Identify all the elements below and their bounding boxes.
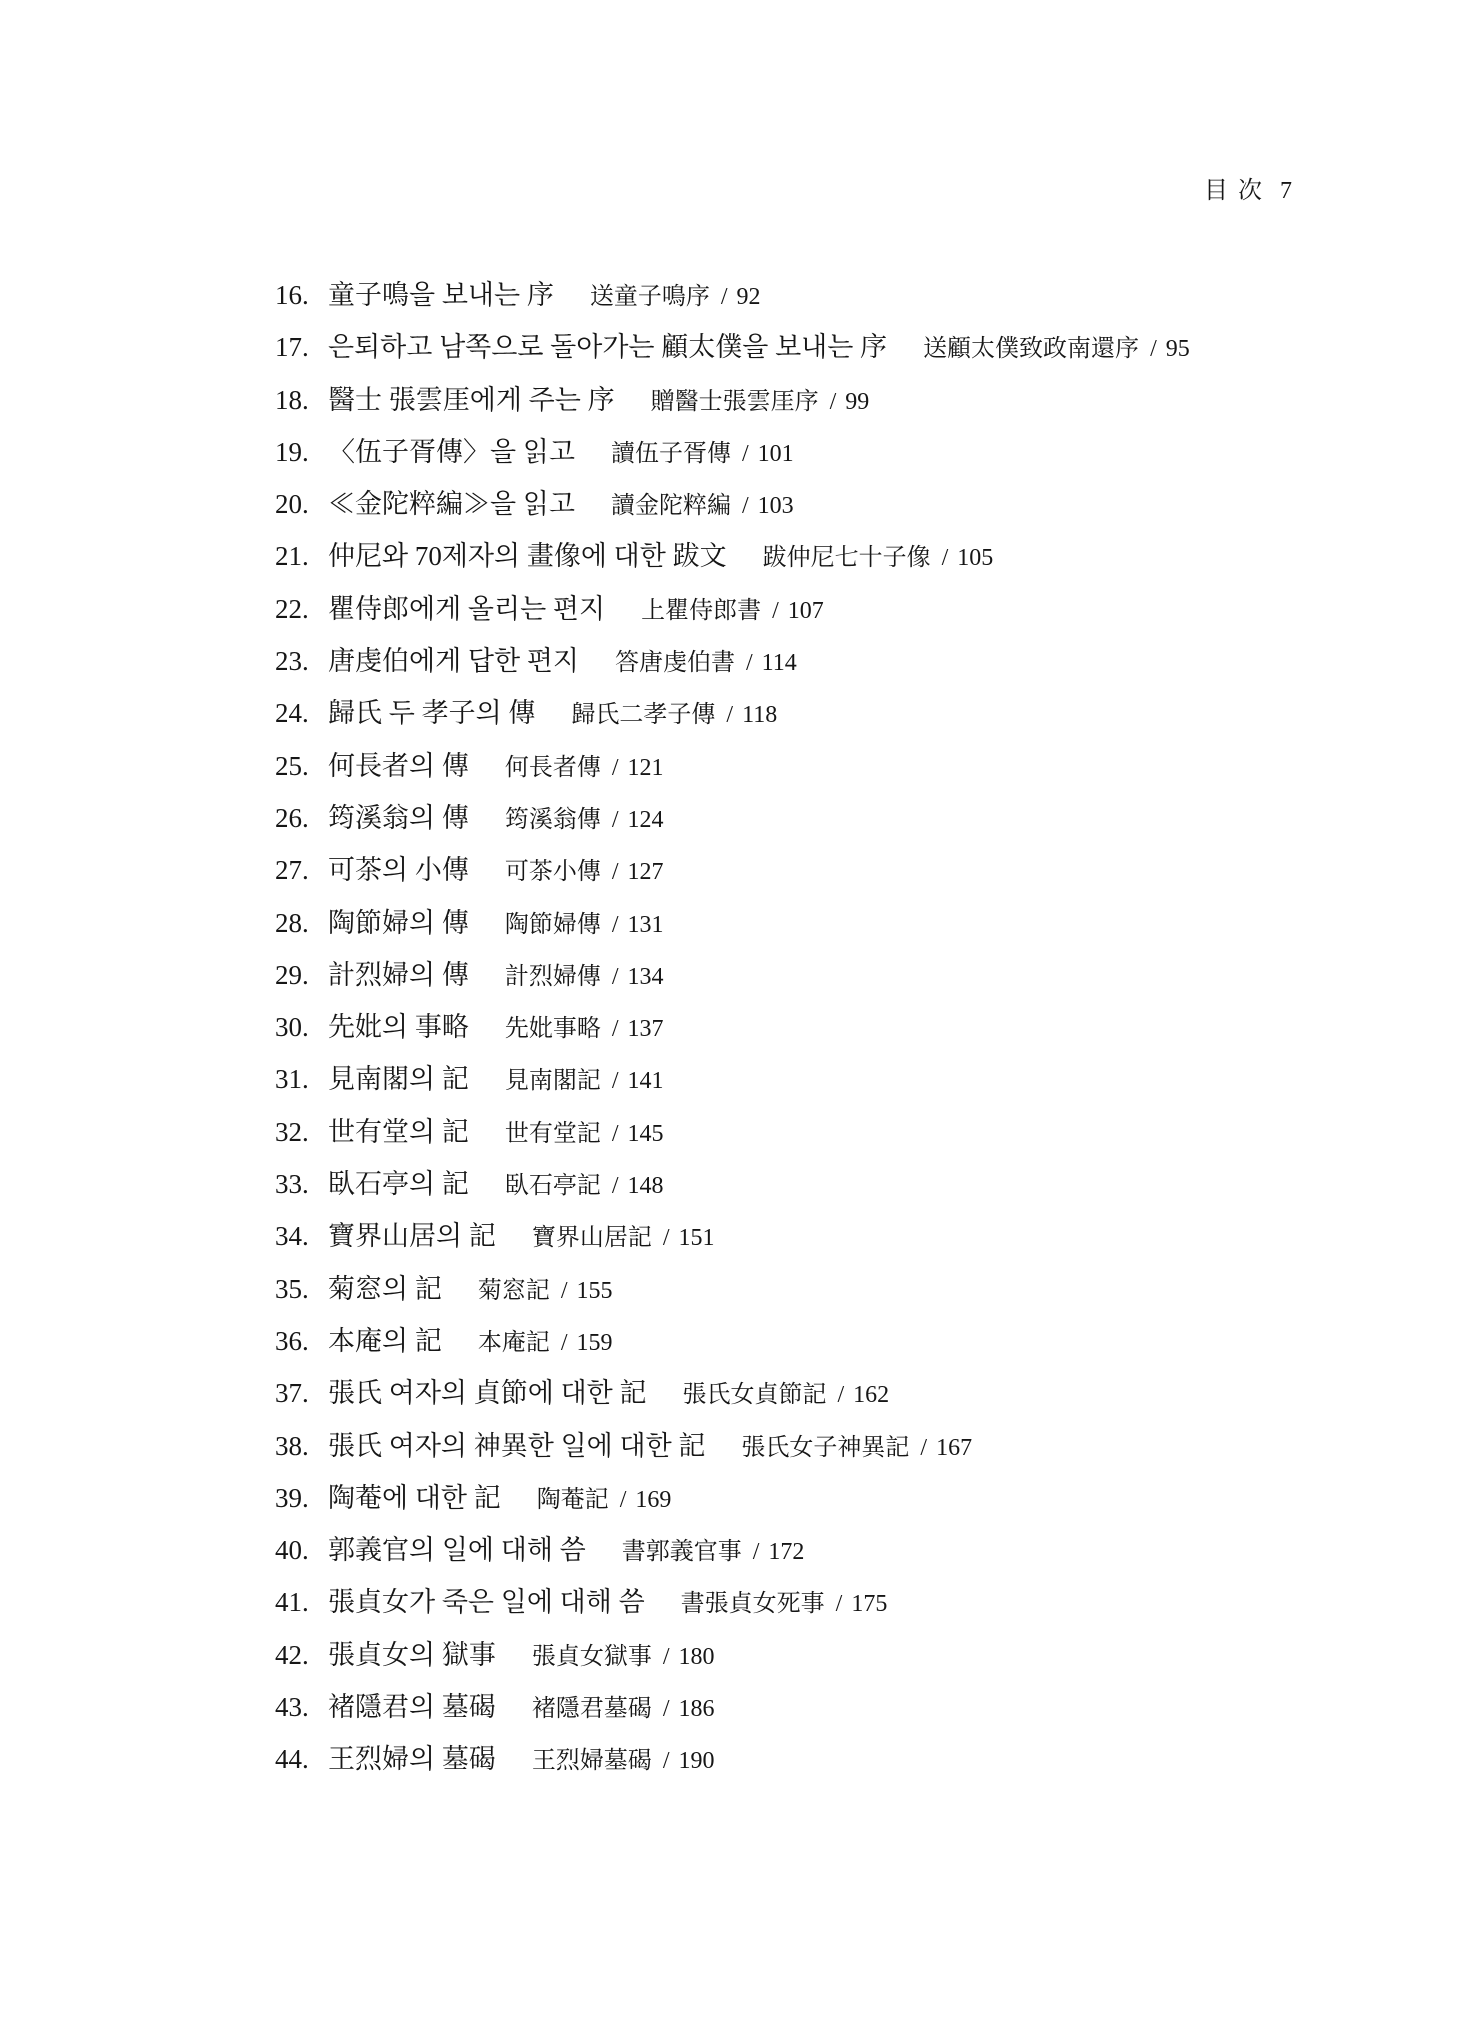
toc-item: 29.計烈婦의 傳計烈婦傳/134 [275,949,1390,1001]
toc-item-title-hanja: 王烈婦墓碣 [532,1748,652,1774]
toc-item-page-number: 180 [679,1644,715,1670]
page-header: 目 次7 [1204,176,1292,206]
toc-item-page-number: 103 [758,493,794,519]
toc-item: 33.臥石亭의 記臥石亭記/148 [275,1158,1390,1210]
toc-item-page-number: 92 [737,284,761,310]
toc-item-title-hanja: 歸氏二孝子傳 [571,702,715,728]
toc-item-number: 20. [275,478,328,530]
toc-item-number: 26. [275,792,328,844]
toc-item-title-korean: 臥石亭의 記 [328,1169,469,1199]
toc-item: 25.何長者의 傳何長者傳/121 [275,740,1390,792]
toc-item-page-number: 175 [851,1591,887,1617]
toc-item-separator: / [612,964,619,990]
toc-item-page-number: 190 [679,1748,715,1774]
toc-item-title-hanja: 張貞女獄事 [532,1644,652,1670]
toc-item: 38.張氏 여자의 神異한 일에 대한 記張氏女子神異記/167 [275,1420,1390,1472]
toc-item: 21.仲尼와 70제자의 畫像에 대한 跋文跋仲尼七十子像/105 [275,530,1390,582]
toc-item-title-korean: 張氏 여자의 貞節에 대한 記 [328,1378,647,1408]
toc-item-title-hanja: 計烈婦傳 [505,964,601,990]
toc-item-title-korean: 褚隱君의 墓碣 [328,1692,496,1722]
toc-item-title-korean: 先妣의 事略 [328,1012,469,1042]
toc-item-separator: / [612,1173,619,1199]
toc-item-title-korean: 歸氏 두 孝子의 傳 [328,698,535,728]
toc-item: 41.張貞女가 죽은 일에 대해 씀書張貞女死事/175 [275,1576,1390,1628]
toc-item-separator: / [746,650,753,676]
toc-item-separator: / [753,1539,760,1565]
toc-item-separator: / [612,859,619,885]
toc-item-number: 16. [275,269,328,321]
toc-item: 32.世有堂의 記世有堂記/145 [275,1106,1390,1158]
toc-item: 27.可茶의 小傳可茶小傳/127 [275,844,1390,896]
toc-item-title-korean: 張貞女의 獄事 [328,1640,496,1670]
toc-item: 24.歸氏 두 孝子의 傳歸氏二孝子傳/118 [275,687,1390,739]
toc-item-title-korean: 陶菴에 대한 記 [328,1483,501,1513]
toc-item-page-number: 131 [628,912,664,938]
header-page-number: 7 [1280,178,1292,204]
toc-item-separator: / [561,1278,568,1304]
toc-item-title-hanja: 贈醫士張雲厓序 [651,389,819,415]
toc-item-separator: / [1150,336,1157,362]
toc-item-title-korean: 〈伍子胥傳〉을 읽고 [328,437,575,467]
toc-item-separator: / [620,1487,627,1513]
toc-item-number: 27. [275,844,328,896]
toc-item-title-hanja: 送童子鳴序 [590,284,710,310]
toc-item-page-number: 101 [758,441,794,467]
toc-item-separator: / [838,1382,845,1408]
toc-item-title-korean: 菊窓의 記 [328,1274,442,1304]
toc-item-title-hanja: 陶菴記 [537,1487,609,1513]
toc-item-number: 39. [275,1472,328,1524]
toc-item: 44.王烈婦의 墓碣王烈婦墓碣/190 [275,1733,1390,1785]
toc-item-title-korean: 張氏 여자의 神異한 일에 대한 記 [328,1431,705,1461]
toc-item: 23.唐虔伯에게 답한 편지答唐虔伯書/114 [275,635,1390,687]
toc-item-number: 40. [275,1524,328,1576]
toc-item-title-hanja: 上瞿侍郎書 [641,598,761,624]
toc-item-title-korean: 張貞女가 죽은 일에 대해 씀 [328,1587,645,1617]
toc-item-separator: / [772,598,779,624]
toc-item-title-korean: 計烈婦의 傳 [328,960,469,990]
toc-item-title-hanja: 菊窓記 [478,1278,550,1304]
toc-item-number: 38. [275,1420,328,1472]
toc-item-separator: / [612,807,619,833]
toc-item-page-number: 105 [957,545,993,571]
toc-item-title-korean: ≪金陀粹編≫을 읽고 [328,489,575,519]
toc-item-number: 44. [275,1733,328,1785]
toc-item-title-hanja: 答唐虔伯書 [615,650,735,676]
toc-item: 36.本庵의 記本庵記/159 [275,1315,1390,1367]
toc-item-title-korean: 陶節婦의 傳 [328,908,469,938]
toc-item-page-number: 155 [577,1278,613,1304]
toc-item-separator: / [830,389,837,415]
toc-item: 43.褚隱君의 墓碣褚隱君墓碣/186 [275,1681,1390,1733]
toc-item-page-number: 99 [845,389,869,415]
toc-item-title-hanja: 褚隱君墓碣 [532,1696,652,1722]
toc-item-title-hanja: 見南閣記 [505,1068,601,1094]
toc-item-title-korean: 見南閣의 記 [328,1064,469,1094]
toc-item-separator: / [612,1121,619,1147]
toc-item-separator: / [663,1748,670,1774]
toc-item: 42.張貞女의 獄事張貞女獄事/180 [275,1629,1390,1681]
toc-item-separator: / [612,912,619,938]
toc-item-title-hanja: 先妣事略 [505,1016,601,1042]
toc-item-separator: / [561,1330,568,1356]
toc-item-separator: / [663,1225,670,1251]
toc-item: 20.≪金陀粹編≫을 읽고讀金陀粹編/103 [275,478,1390,530]
toc-item-number: 24. [275,687,328,739]
toc-item-title-korean: 瞿侍郎에게 올리는 편지 [328,594,605,624]
toc-item-number: 25. [275,740,328,792]
toc-item-title-korean: 唐虔伯에게 답한 편지 [328,646,579,676]
toc-item-page-number: 118 [742,702,777,728]
toc-item-title-hanja: 臥石亭記 [505,1173,601,1199]
toc-item-page-number: 145 [628,1121,664,1147]
toc-item-page-number: 137 [628,1016,664,1042]
toc-item: 16.童子鳴을 보내는 序送童子鳴序/92 [275,269,1390,321]
toc-item-page-number: 151 [679,1225,715,1251]
toc-item-separator: / [920,1435,927,1461]
toc-item-title-korean: 醫士 張雲厓에게 주는 序 [328,385,615,415]
toc-item-number: 35. [275,1263,328,1315]
toc-item-number: 42. [275,1629,328,1681]
toc-item-separator: / [721,284,728,310]
toc-item-separator: / [742,493,749,519]
toc-item-title-korean: 本庵의 記 [328,1326,442,1356]
toc-item-title-korean: 寶界山居의 記 [328,1221,496,1251]
toc-item-title-hanja: 讀金陀粹編 [611,493,731,519]
toc-item-number: 28. [275,897,328,949]
toc-item-title-hanja: 張氏女貞節記 [683,1382,827,1408]
toc-item-number: 18. [275,374,328,426]
toc-item-title-hanja: 可茶小傳 [505,859,601,885]
toc-item-title-korean: 世有堂의 記 [328,1117,469,1147]
toc-item-separator: / [663,1644,670,1670]
toc-item-number: 31. [275,1053,328,1105]
toc-item-number: 41. [275,1576,328,1628]
toc-item-title-korean: 可茶의 小傳 [328,855,469,885]
toc-item-separator: / [836,1591,843,1617]
toc-item-number: 17. [275,321,328,373]
toc-item-title-korean: 은퇴하고 남쪽으로 돌아가는 顧太僕을 보내는 序 [328,332,887,362]
toc-item-page-number: 172 [768,1539,804,1565]
toc-item-page-number: 169 [635,1487,671,1513]
toc-item: 18.醫士 張雲厓에게 주는 序贈醫士張雲厓序/99 [275,374,1390,426]
toc-item: 34.寶界山居의 記寶界山居記/151 [275,1210,1390,1262]
toc-item-separator: / [663,1696,670,1722]
toc-item-title-hanja: 張氏女子神異記 [741,1435,909,1461]
toc-item-page-number: 127 [628,859,664,885]
toc-item: 17.은퇴하고 남쪽으로 돌아가는 顧太僕을 보내는 序送顧太僕致政南還序/95 [275,321,1390,373]
toc-item-title-korean: 王烈婦의 墓碣 [328,1744,496,1774]
header-title: 目 次 [1204,178,1264,204]
toc-item-title-korean: 童子鳴을 보내는 序 [328,280,554,310]
toc-item-title-hanja: 世有堂記 [505,1121,601,1147]
toc-item: 37.張氏 여자의 貞節에 대한 記張氏女貞節記/162 [275,1367,1390,1419]
toc-item-page-number: 134 [628,964,664,990]
toc-item-title-hanja: 筠溪翁傳 [505,807,601,833]
toc-item: 22.瞿侍郎에게 올리는 편지上瞿侍郎書/107 [275,583,1390,635]
toc-item-title-hanja: 本庵記 [478,1330,550,1356]
toc-item: 35.菊窓의 記菊窓記/155 [275,1263,1390,1315]
toc-item-number: 34. [275,1210,328,1262]
document-page: 目 次7 16.童子鳴을 보내는 序送童子鳴序/92 17.은퇴하고 남쪽으로 … [0,0,1480,2024]
toc-item-number: 43. [275,1681,328,1733]
toc-item: 39.陶菴에 대한 記陶菴記/169 [275,1472,1390,1524]
toc-item-page-number: 148 [628,1173,664,1199]
toc-item-page-number: 121 [628,755,664,781]
toc-item-separator: / [612,1016,619,1042]
toc-item-page-number: 167 [936,1435,972,1461]
toc-item-number: 19. [275,426,328,478]
toc-item-separator: / [726,702,733,728]
toc-item-separator: / [612,755,619,781]
toc-item-title-hanja: 陶節婦傳 [505,912,601,938]
toc-item-title-hanja: 何長者傳 [505,755,601,781]
toc-list: 16.童子鳴을 보내는 序送童子鳴序/92 17.은퇴하고 남쪽으로 돌아가는 … [275,269,1390,1786]
toc-item-title-hanja: 寶界山居記 [532,1225,652,1251]
toc-item-title-hanja: 送顧太僕致政南還序 [923,336,1139,362]
toc-item: 26.筠溪翁의 傳筠溪翁傳/124 [275,792,1390,844]
toc-item-page-number: 124 [628,807,664,833]
toc-item: 31.見南閣의 記見南閣記/141 [275,1053,1390,1105]
toc-item-number: 30. [275,1001,328,1053]
toc-item-number: 32. [275,1106,328,1158]
toc-item: 40.郭義官의 일에 대해 씀書郭義官事/172 [275,1524,1390,1576]
toc-item: 30.先妣의 事略先妣事略/137 [275,1001,1390,1053]
toc-item-page-number: 141 [628,1068,664,1094]
toc-item-title-hanja: 跋仲尼七十子像 [763,545,931,571]
toc-item-title-korean: 郭義官의 일에 대해 씀 [328,1535,586,1565]
toc-item-number: 36. [275,1315,328,1367]
toc-item-page-number: 114 [762,650,797,676]
toc-item-separator: / [742,441,749,467]
toc-item-separator: / [942,545,949,571]
toc-item-page-number: 162 [853,1382,889,1408]
toc-item-number: 37. [275,1367,328,1419]
toc-item-separator: / [612,1068,619,1094]
toc-item-page-number: 107 [788,598,824,624]
toc-item-title-korean: 何長者의 傳 [328,751,469,781]
toc-item: 19.〈伍子胥傳〉을 읽고讀伍子胥傳/101 [275,426,1390,478]
toc-item-number: 29. [275,949,328,1001]
toc-item-title-hanja: 書張貞女死事 [681,1591,825,1617]
toc-item: 28.陶節婦의 傳陶節婦傳/131 [275,897,1390,949]
toc-item-title-korean: 筠溪翁의 傳 [328,803,469,833]
toc-item-title-hanja: 讀伍子胥傳 [611,441,731,467]
toc-item-page-number: 186 [679,1696,715,1722]
toc-item-number: 33. [275,1158,328,1210]
toc-item-number: 23. [275,635,328,687]
toc-item-title-hanja: 書郭義官事 [622,1539,742,1565]
toc-item-page-number: 95 [1166,336,1190,362]
toc-item-page-number: 159 [577,1330,613,1356]
toc-item-number: 22. [275,583,328,635]
toc-item-title-korean: 仲尼와 70제자의 畫像에 대한 跋文 [328,541,727,571]
toc-item-number: 21. [275,530,328,582]
